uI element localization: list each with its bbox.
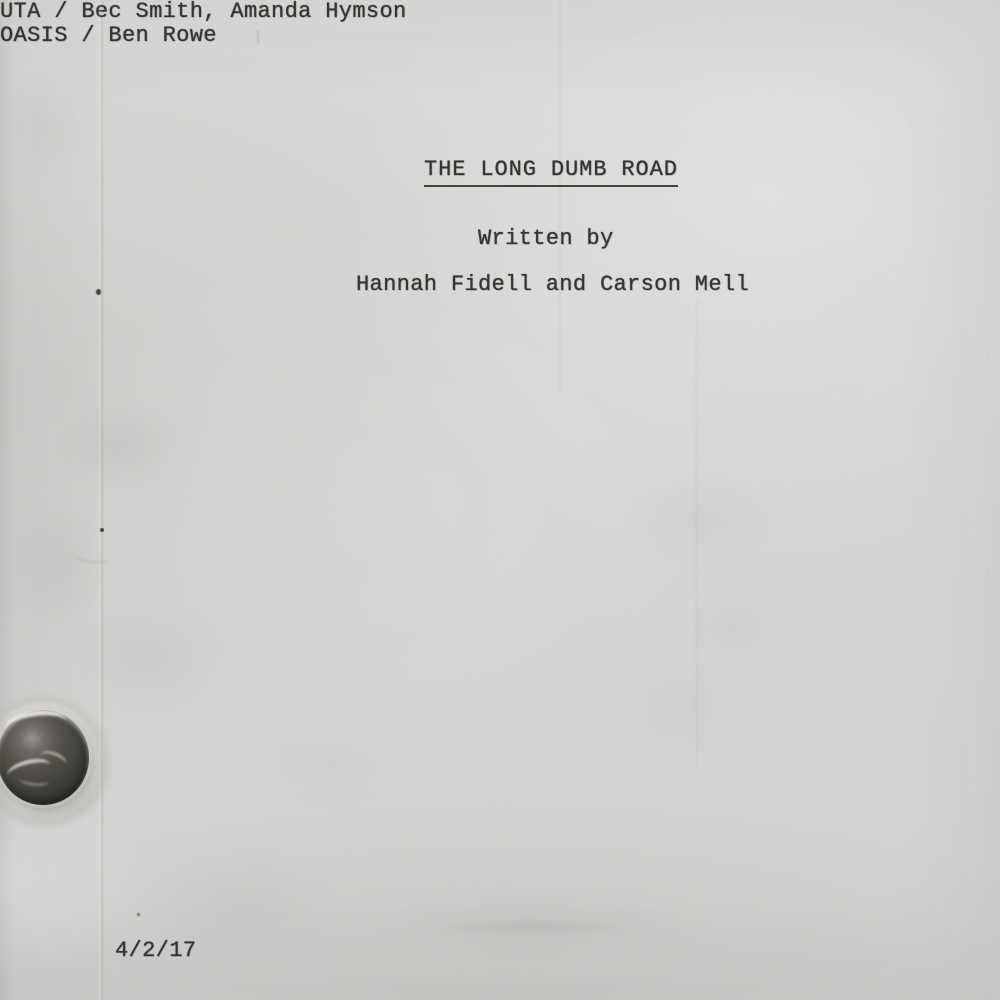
draft-date: 4/2/17 — [115, 938, 196, 964]
authors-line: Hannah Fidell and Carson Mell — [356, 272, 749, 298]
ink-speck — [96, 289, 101, 295]
contact-line-uta: UTA / Bec Smith, Amanda Hymson — [0, 0, 1000, 24]
ink-speck — [100, 528, 104, 532]
paper-grain-texture — [0, 0, 1000, 1000]
paper-mottling — [0, 0, 1000, 1000]
bleed-through-smudge — [390, 916, 680, 936]
paper-scratch — [71, 545, 111, 565]
written-by-label: Written by — [478, 226, 614, 252]
ink-dash — [257, 29, 259, 44]
ink-speck — [137, 913, 140, 916]
agency-contacts: UTA / Bec Smith, Amanda Hymson OASIS / B… — [0, 0, 1000, 48]
script-title-text: THE LONG DUMB ROAD — [424, 157, 678, 187]
contact-line-oasis: OASIS / Ben Rowe — [0, 24, 1000, 48]
brad-reflection — [18, 772, 49, 787]
script-title: THE LONG DUMB ROAD — [424, 157, 678, 187]
brass-brad-fastener-icon — [0, 710, 89, 805]
paper-crease-middle — [559, 0, 561, 390]
paper-crease-right — [696, 300, 698, 770]
paper-crease-left — [101, 0, 103, 1000]
screenplay-title-page-photo: THE LONG DUMB ROAD Written by Hannah Fid… — [0, 0, 1000, 1000]
brad-rim-highlight — [4, 707, 69, 742]
